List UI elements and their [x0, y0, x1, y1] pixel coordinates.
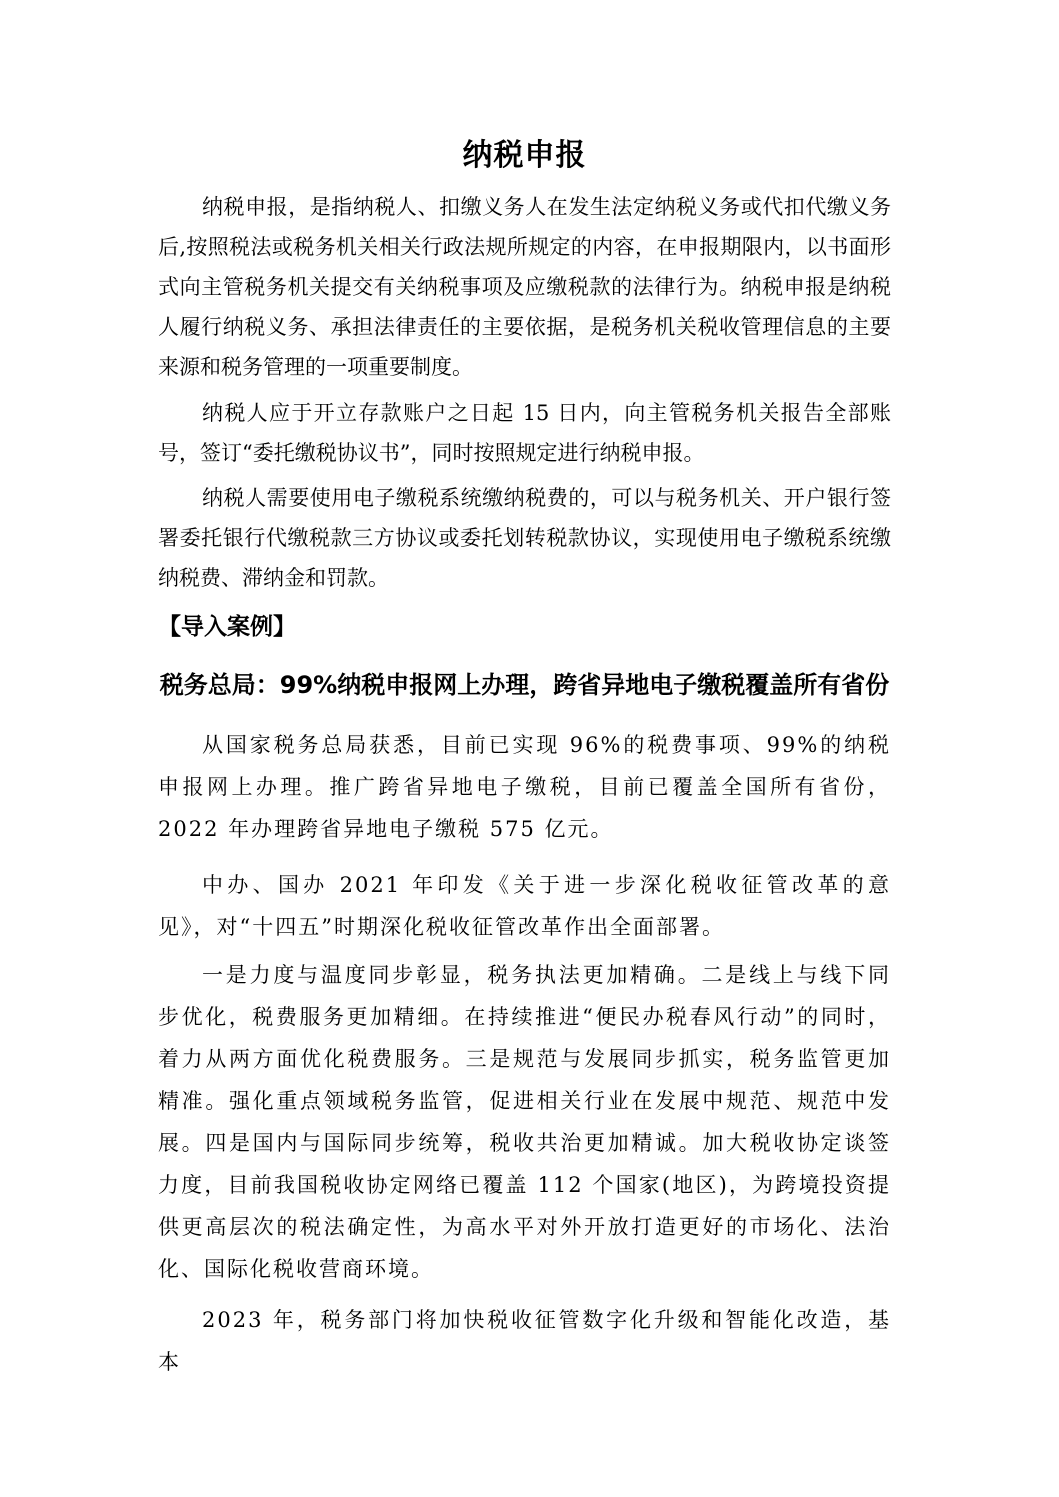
case-paragraph-2023-outlook: 2023 年，税务部门将加快税收征管数字化升级和智能化改造，基本 [158, 1299, 891, 1383]
intro-paragraph-account-report: 纳税人应于开立存款账户之日起 15 日内，向主管税务机关报告全部账号，签订“委托… [158, 393, 891, 473]
document-title: 纳税申报 [158, 136, 891, 176]
case-paragraph-reform-opinion: 中办、国办 2021 年印发《关于进一步深化税收征管改革的意见》，对“十四五”时… [158, 864, 891, 948]
case-paragraph-online-coverage: 从国家税务总局获悉，目前已实现 96%的税费事项、99%的纳税申报网上办理。推广… [158, 724, 891, 850]
case-paragraph-four-points: 一是力度与温度同步彰显，税务执法更加精确。二是线上与线下同步优化，税费服务更加精… [158, 954, 891, 1290]
intro-paragraph-definition: 纳税申报，是指纳税人、扣缴义务人在发生法定纳税义务或代扣代缴义务后,按照税法或税… [158, 187, 891, 387]
document-page: 纳税申报 纳税申报，是指纳税人、扣缴义务人在发生法定纳税义务或代扣代缴义务后,按… [0, 0, 1059, 1497]
section-header-case-study: 【导入案例】 [158, 612, 891, 642]
intro-paragraph-etax-system: 纳税人需要使用电子缴税系统缴纳税费的，可以与税务机关、开户银行签署委托银行代缴税… [158, 478, 891, 598]
case-study-headline: 税务总局：99%纳税申报网上办理，跨省异地电子缴税覆盖所有省份 [140, 669, 909, 701]
